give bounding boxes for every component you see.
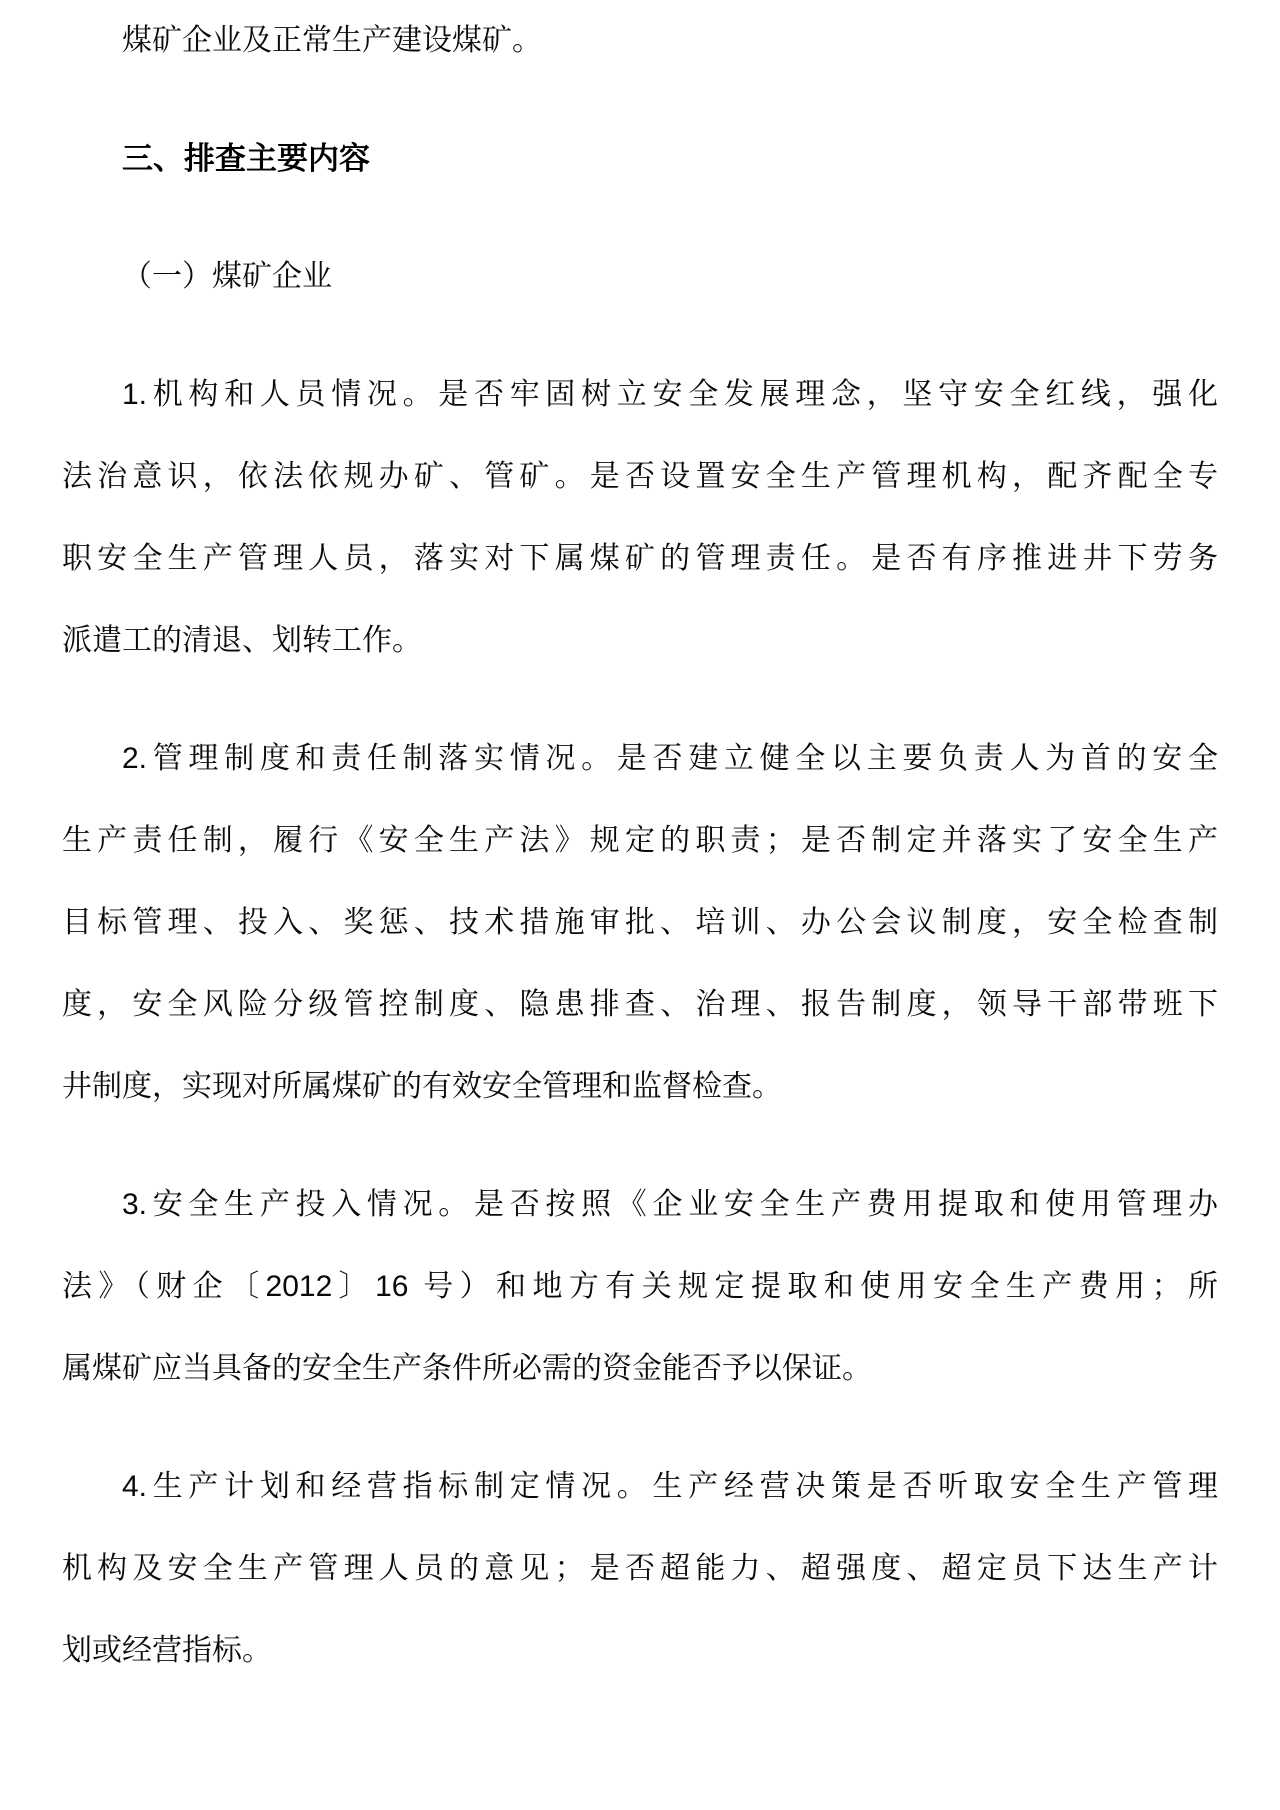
paragraph-line: 派遣工的清退、划转工作。 xyxy=(62,600,1218,682)
paragraph-line: 机构及安全生产管理人员的意见；是否超能力、超强度、超定员下达生产计 xyxy=(62,1528,1218,1610)
paragraph-line: 生产责任制，履行《安全生产法》规定的职责；是否制定并落实了安全生产 xyxy=(62,800,1218,882)
paragraph-1: 1.机构和人员情况。是否牢固树立安全发展理念，坚守安全红线，强化 法治意识，依法… xyxy=(62,354,1218,682)
paragraph-line: 1.机构和人员情况。是否牢固树立安全发展理念，坚守安全红线，强化 xyxy=(62,354,1218,436)
paragraph-line: 2.管理制度和责任制落实情况。是否建立健全以主要负责人为首的安全 xyxy=(62,718,1218,800)
paragraph-3: 3.安全生产投入情况。是否按照《企业安全生产费用提取和使用管理办 法》（财企〔2… xyxy=(62,1164,1218,1410)
paragraph-line: 4.生产计划和经营指标制定情况。生产经营决策是否听取安全生产管理 xyxy=(62,1446,1218,1528)
paragraph-line: 法治意识，依法依规办矿、管矿。是否设置安全生产管理机构，配齐配全专 xyxy=(62,436,1218,518)
paragraph-line: 目标管理、投入、奖惩、技术措施审批、培训、办公会议制度，安全检查制 xyxy=(62,882,1218,964)
leading-paragraph: 煤矿企业及正常生产建设煤矿。 xyxy=(62,0,1218,82)
paragraph-line: 职安全生产管理人员，落实对下属煤矿的管理责任。是否有序推进井下劳务 xyxy=(62,518,1218,600)
subsection-heading: （一）煤矿企业 xyxy=(62,236,1218,318)
paragraph-2: 2.管理制度和责任制落实情况。是否建立健全以主要负责人为首的安全 生产责任制，履… xyxy=(62,718,1218,1128)
paragraph-line: 法》（财企〔2012〕16 号）和地方有关规定提取和使用安全生产费用；所 xyxy=(62,1246,1218,1328)
paragraph-line: 度，安全风险分级管控制度、隐患排查、治理、报告制度，领导干部带班下 xyxy=(62,964,1218,1046)
paragraph-line: 划或经营指标。 xyxy=(62,1610,1218,1692)
leading-paragraph-line: 煤矿企业及正常生产建设煤矿。 xyxy=(62,0,1218,82)
paragraph-line: 井制度，实现对所属煤矿的有效安全管理和监督检查。 xyxy=(62,1046,1218,1128)
document-page: 煤矿企业及正常生产建设煤矿。 三、排查主要内容 （一）煤矿企业 1.机构和人员情… xyxy=(0,0,1280,1810)
section-heading: 三、排查主要内容 xyxy=(62,118,1218,200)
paragraph-line: 属煤矿应当具备的安全生产条件所必需的资金能否予以保证。 xyxy=(62,1328,1218,1410)
paragraph-4: 4.生产计划和经营指标制定情况。生产经营决策是否听取安全生产管理 机构及安全生产… xyxy=(62,1446,1218,1692)
paragraph-line: 3.安全生产投入情况。是否按照《企业安全生产费用提取和使用管理办 xyxy=(62,1164,1218,1246)
